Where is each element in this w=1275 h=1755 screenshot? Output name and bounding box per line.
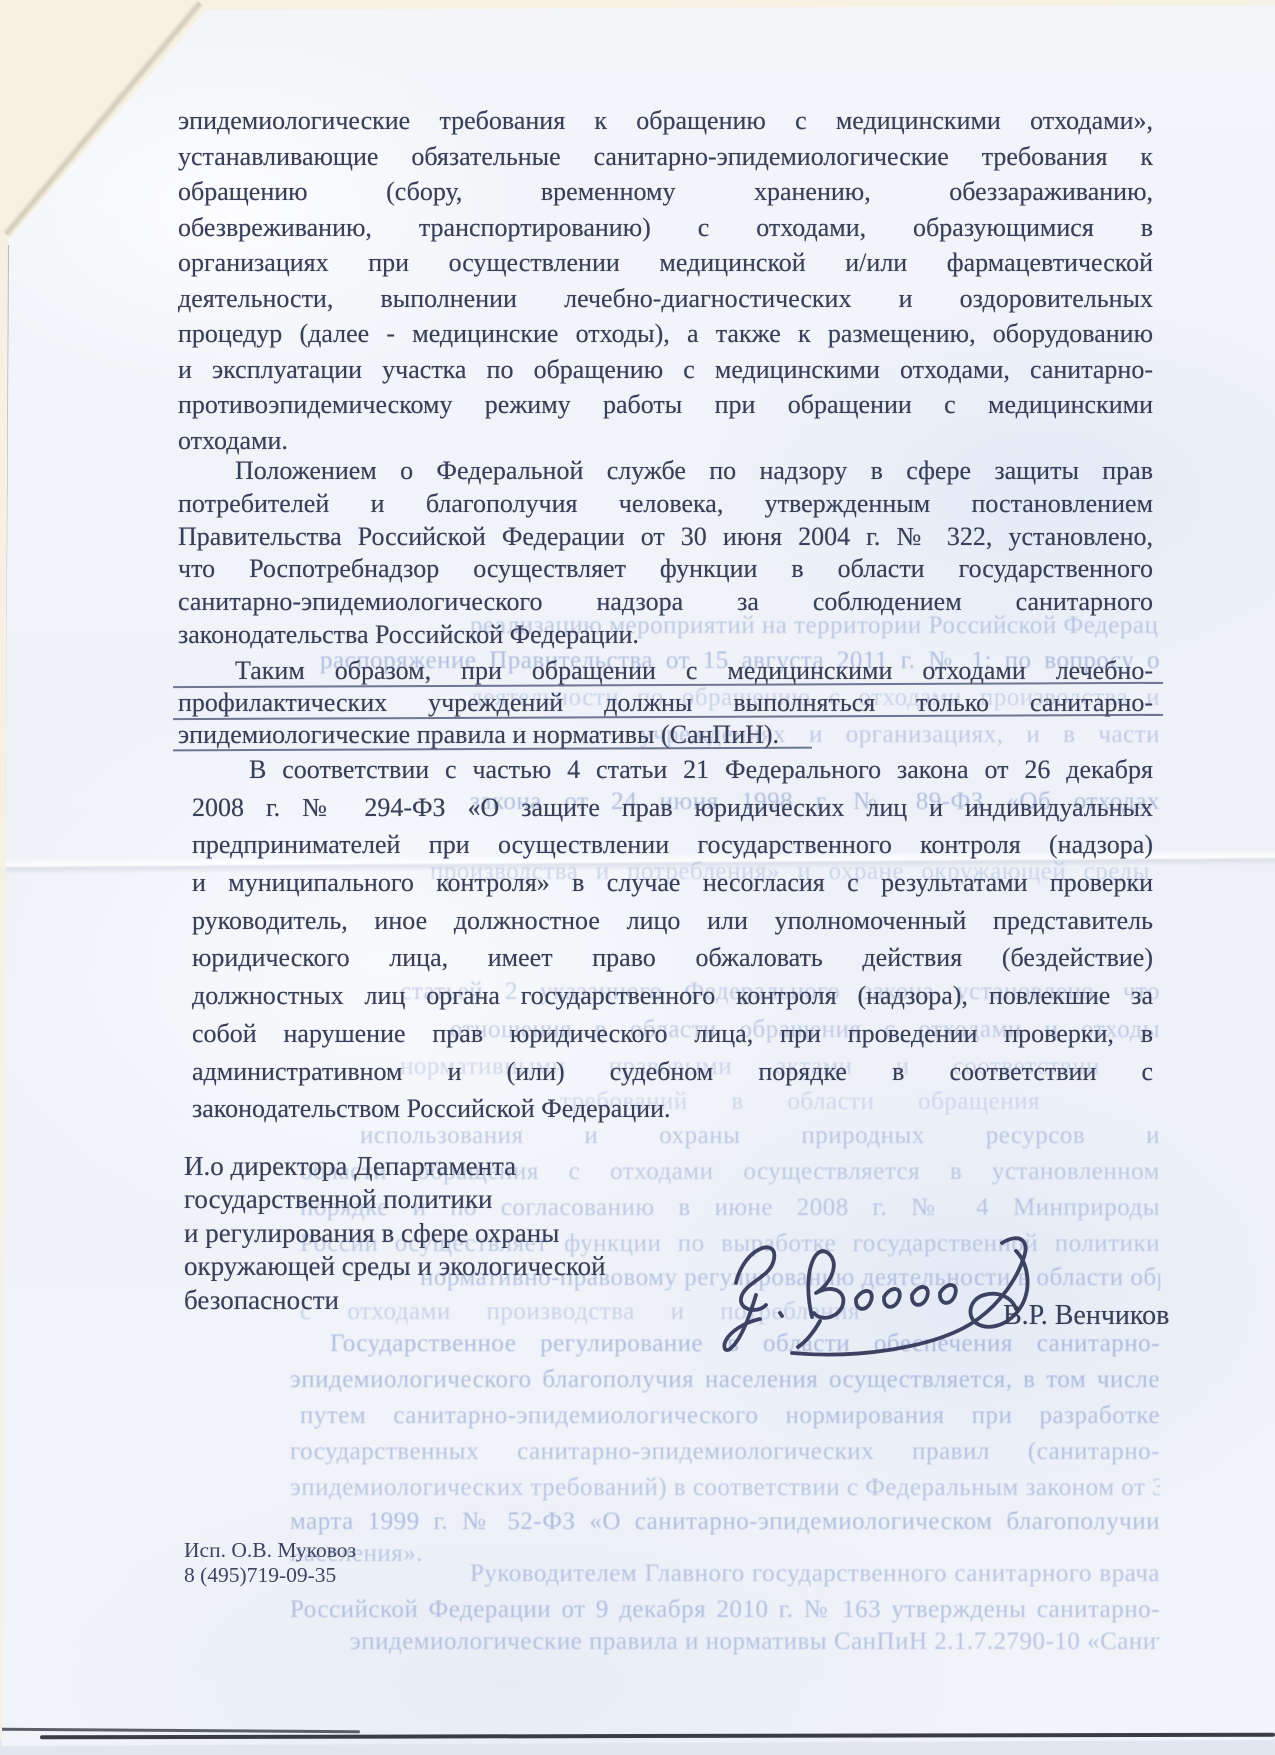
executor-name: Исп. О.В. Муковоз bbox=[184, 1538, 356, 1563]
paragraph-p2: Положением о Федеральной службе по надзо… bbox=[178, 455, 1153, 652]
text-line: В соответствии с частью 4 статьи 21 Феде… bbox=[192, 751, 1153, 789]
signer-title-line: окружающей среды и экологической bbox=[184, 1250, 606, 1283]
text-line: что Роспотребнадзор осуществляет функции… bbox=[178, 553, 1153, 586]
executor-block: Исп. О.В. Муковоз 8 (495)719-09-35 bbox=[184, 1538, 356, 1588]
bleed-through-line: государственных санитарно-эпидемиологиче… bbox=[290, 1438, 1160, 1466]
text-line: потребителей и благополучия человека, ут… bbox=[178, 488, 1153, 521]
bleed-through-line: эпидемиологические правила и нормативы С… bbox=[350, 1628, 1160, 1656]
text-line: законодательства Российской Федерации. bbox=[178, 619, 1153, 652]
text-line: собой нарушение прав юридического лица, … bbox=[192, 1015, 1153, 1053]
text-line: руководитель, иное должностное лицо или … bbox=[192, 902, 1153, 940]
text-line: юридического лица, имеет право обжаловат… bbox=[192, 939, 1153, 977]
text-line: противоэпидемическому режиму работы при … bbox=[178, 387, 1153, 423]
executor-phone: 8 (495)719-09-35 bbox=[184, 1563, 356, 1588]
signer-title-line: государственной политики bbox=[184, 1183, 606, 1216]
text-line: должностных лиц органа государственного … bbox=[192, 977, 1153, 1015]
letter-page: реализацию мероприятий на территории Рос… bbox=[0, 0, 1275, 1755]
text-line: санитарно-эпидемиологического надзора за… bbox=[178, 586, 1153, 619]
bleed-through-line: марта 1999 г. № 52-ФЗ «О санитарно-эпиде… bbox=[290, 1508, 1160, 1536]
paragraph-p3: Таким образом, при обращении с медицинск… bbox=[178, 655, 1153, 751]
bleed-through-line: путем санитарно-эпидемиологического норм… bbox=[300, 1402, 1160, 1430]
text-line: и муниципального контроля» в случае несо… bbox=[192, 864, 1153, 902]
bleed-through-line: Руководителем Главного государственного … bbox=[470, 1560, 1160, 1588]
signature-scribble bbox=[700, 1225, 1130, 1360]
bleed-through-line: эпидемиологических требований) в соответ… bbox=[290, 1474, 1160, 1502]
signer-name: В.Р. Венчиков bbox=[1003, 1300, 1169, 1332]
paragraph-p4: В соответствии с частью 4 статьи 21 Феде… bbox=[192, 751, 1153, 1128]
text-line: 2008 г. № 294-ФЗ «О защите прав юридичес… bbox=[192, 789, 1153, 827]
signer-title-line: и регулирования в сфере охраны bbox=[184, 1217, 606, 1250]
text-line: эпидемиологические правила и нормативы (… bbox=[178, 719, 1153, 751]
text-line: эпидемиологические требования к обращени… bbox=[178, 103, 1153, 139]
text-line: предпринимателей при осуществлении госуд… bbox=[192, 826, 1153, 864]
text-line: административном и (или) судебном порядк… bbox=[192, 1053, 1153, 1091]
signer-title-line: И.о директора Департамента bbox=[184, 1150, 606, 1183]
text-line: процедур (далее - медицинские отходы), а… bbox=[178, 316, 1153, 352]
text-line: организациях при осуществлении медицинск… bbox=[178, 245, 1153, 281]
text-line: Правительства Российской Федерации от 30… bbox=[178, 521, 1153, 554]
text-line: Положением о Федеральной службе по надзо… bbox=[178, 455, 1153, 488]
scanned-letter: реализацию мероприятий на территории Рос… bbox=[0, 0, 1275, 1755]
text-line: и эксплуатации участка по обращению с ме… bbox=[178, 352, 1153, 388]
text-line: обращению (сбору, временному хранению, о… bbox=[178, 174, 1153, 210]
paragraph-p1: эпидемиологические требования к обращени… bbox=[178, 103, 1153, 458]
bleed-through-line: эпидемиологического благополучия населен… bbox=[290, 1366, 1160, 1394]
text-line: обезвреживанию, транспортированию) с отх… bbox=[178, 210, 1153, 246]
text-line: профилактических учреждений должны выпол… bbox=[178, 687, 1153, 719]
signer-title: И.о директора Департаментагосударственно… bbox=[184, 1150, 606, 1317]
text-line: устанавливающие обязательные санитарно-э… bbox=[178, 139, 1153, 175]
text-line: деятельности, выполнении лечебно-диагнос… bbox=[178, 281, 1153, 317]
text-line: Таким образом, при обращении с медицинск… bbox=[178, 655, 1153, 687]
signer-title-line: безопасности bbox=[184, 1284, 606, 1317]
text-line: отходами. bbox=[178, 423, 1153, 459]
bleed-through-line: Российской Федерации от 9 декабря 2010 г… bbox=[290, 1596, 1160, 1624]
text-line: законодательством Российской Федерации. bbox=[192, 1090, 1153, 1128]
